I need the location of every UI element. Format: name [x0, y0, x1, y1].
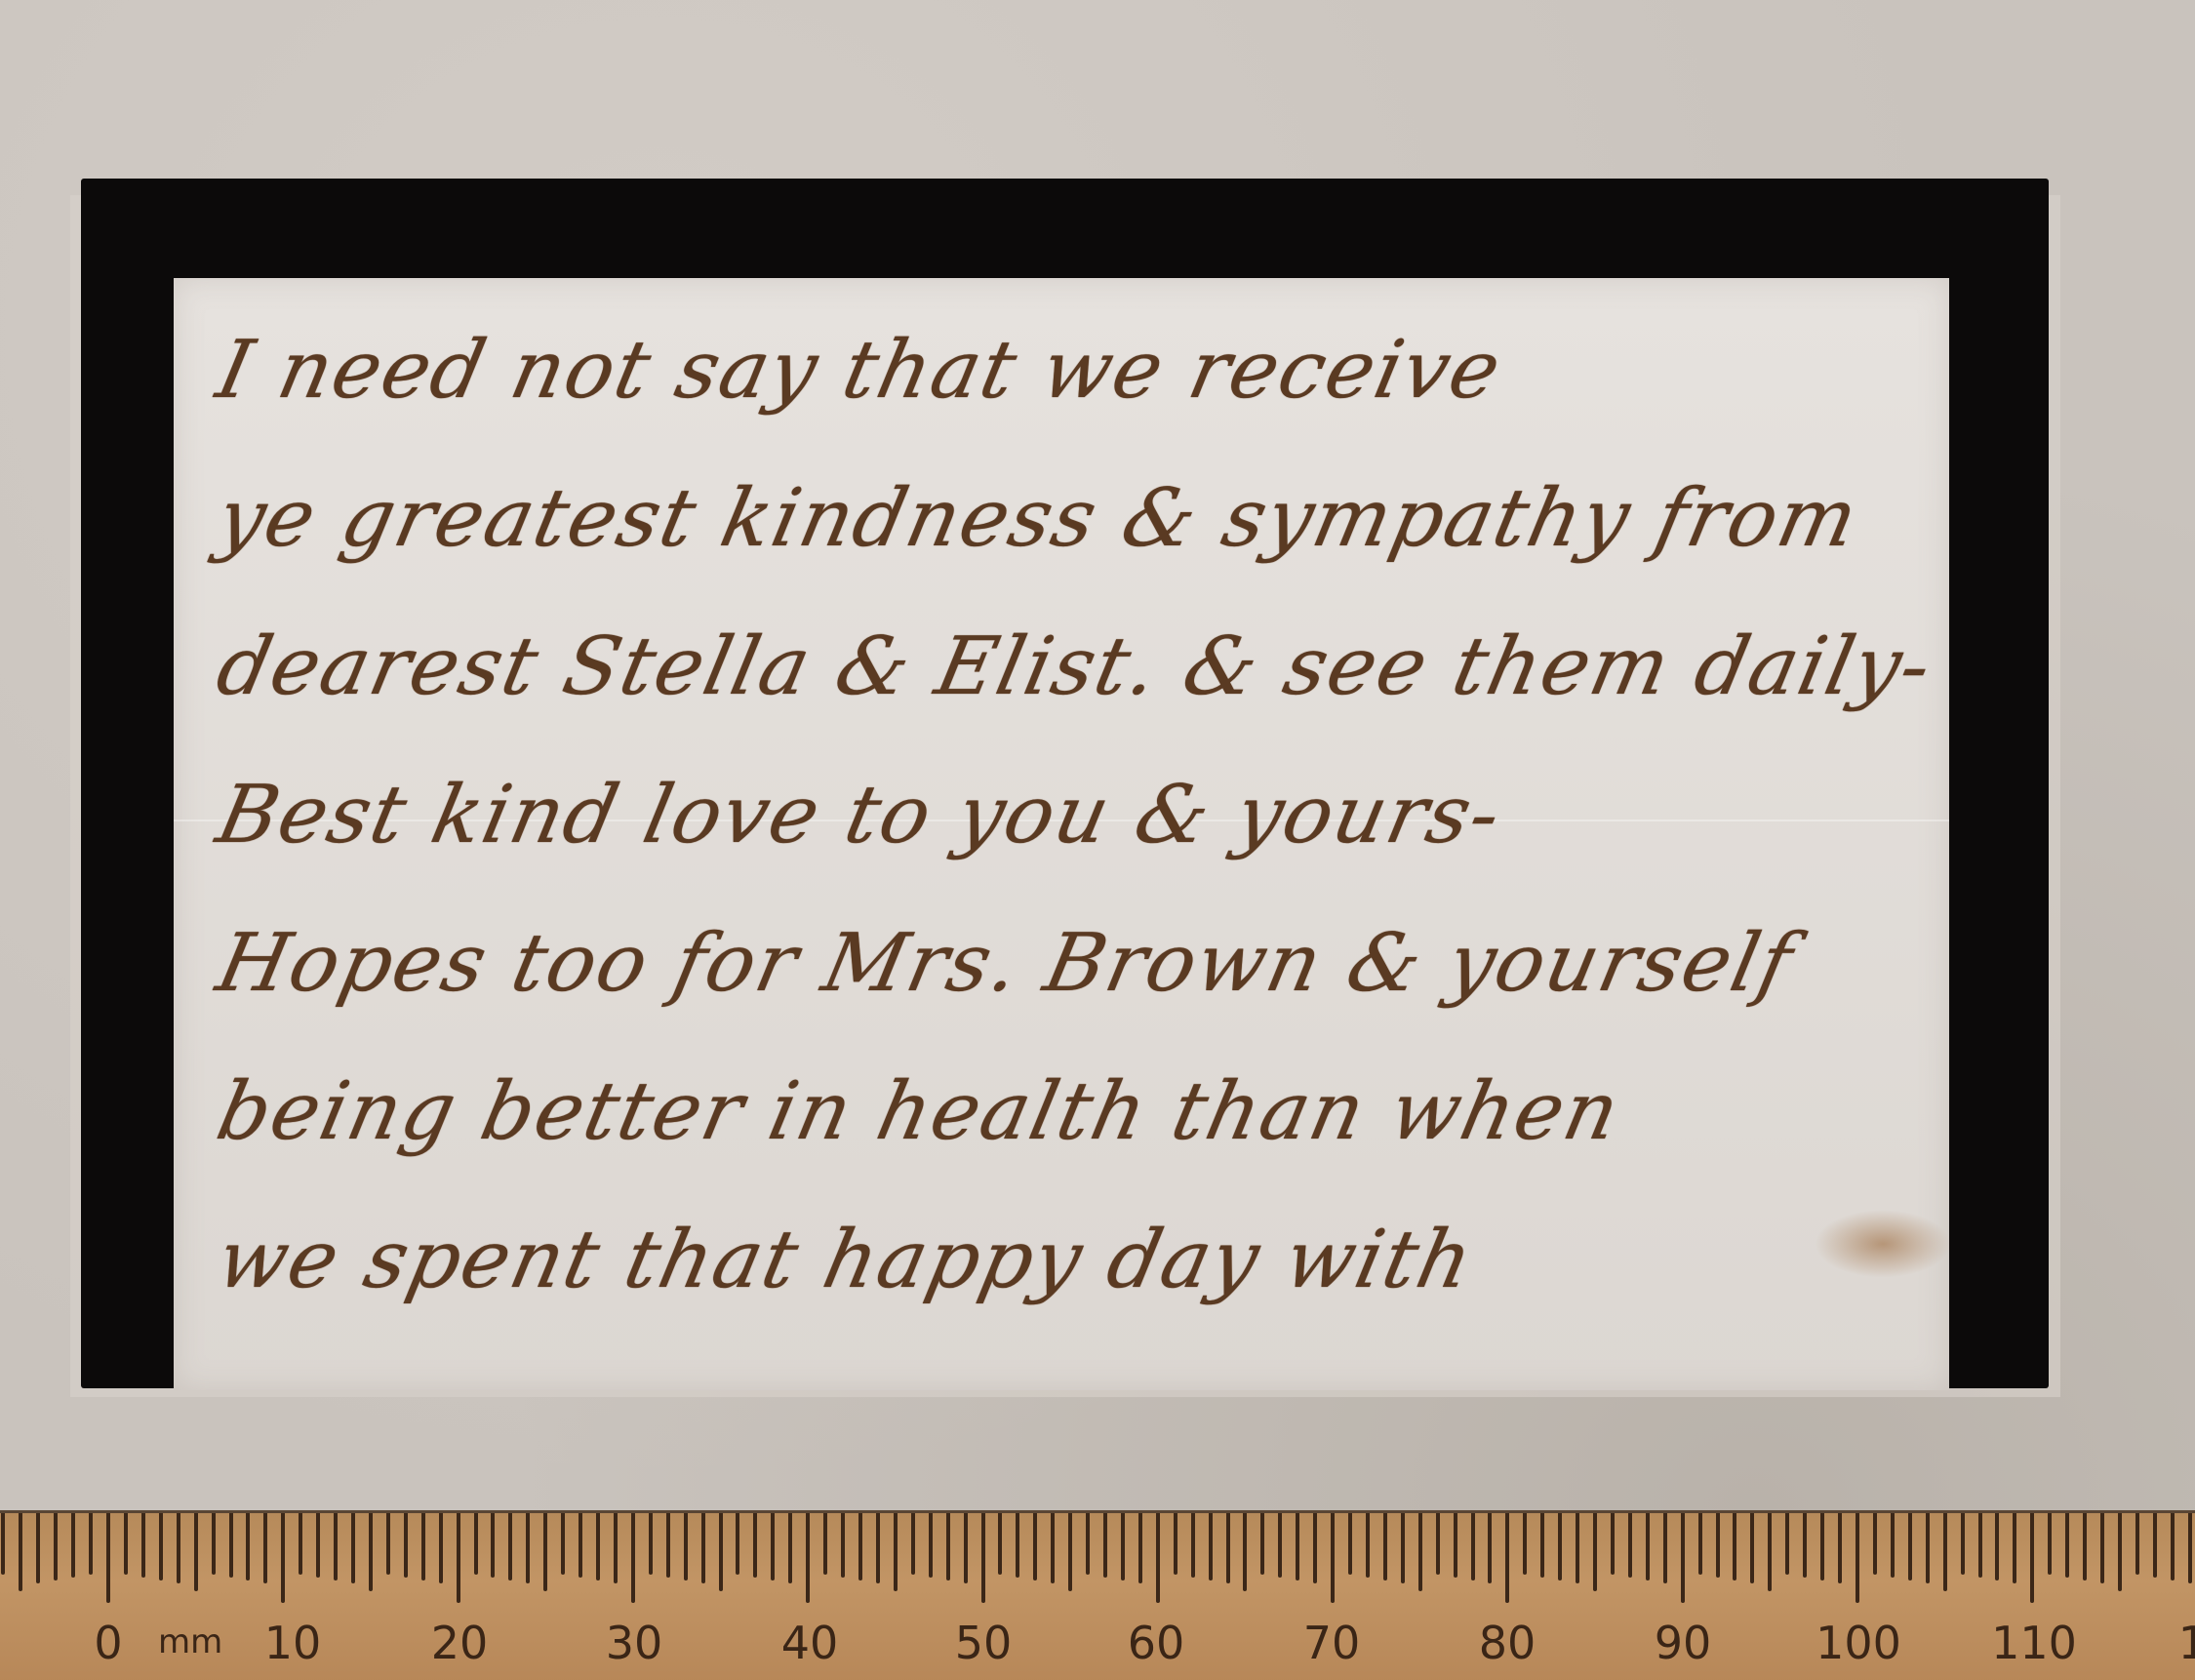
- ruler-tick: [1681, 1513, 1685, 1603]
- ruler-tick: [229, 1513, 233, 1578]
- ruler-tick: [1785, 1513, 1789, 1575]
- ruler-tick: [1418, 1513, 1422, 1591]
- ruler-label-90: 90: [1655, 1617, 1712, 1669]
- ruler-tick: [1331, 1513, 1335, 1603]
- ruler-tick: [1838, 1513, 1842, 1583]
- ruler-tick: [1016, 1513, 1019, 1578]
- ruler-tick: [316, 1513, 320, 1578]
- ruler-tick: [561, 1513, 565, 1575]
- ruler-tick: [1820, 1513, 1824, 1580]
- ruler-tick: [614, 1513, 618, 1583]
- ruler-tick: [1138, 1513, 1142, 1583]
- ruler-tick: [404, 1513, 408, 1578]
- ruler-tick: [334, 1513, 338, 1580]
- ruler-tick: [771, 1513, 775, 1580]
- ruler-tick: [1296, 1513, 1299, 1580]
- ruler-tick: [1313, 1513, 1317, 1583]
- ruler-tick: [981, 1513, 985, 1603]
- ruler-unit-label: mm: [158, 1622, 222, 1661]
- ruler-tick: [1908, 1513, 1912, 1580]
- ruler-tick: [684, 1513, 688, 1580]
- ruler-label-70: 70: [1303, 1617, 1361, 1669]
- ruler-tick: [2118, 1513, 2122, 1591]
- ruler-tick: [281, 1513, 285, 1603]
- ruler-tick: [1103, 1513, 1107, 1578]
- ruler-tick: [2100, 1513, 2104, 1583]
- ruler-tick: [351, 1513, 355, 1583]
- handwritten-text: I need not say that we receive ye greate…: [200, 312, 1936, 1350]
- ruler-tick: [2171, 1513, 2175, 1580]
- ruler-label-0: 0: [94, 1617, 122, 1669]
- ruler-tick: [736, 1513, 739, 1575]
- ruler-tick: [526, 1513, 530, 1583]
- ruler-tick: [1716, 1513, 1720, 1578]
- ruler-tick: [1611, 1513, 1615, 1575]
- ruler-tick: [1978, 1513, 1982, 1578]
- ruler-tick: [2065, 1513, 2069, 1578]
- ruler-tick: [1768, 1513, 1772, 1591]
- ruler-tick: [159, 1513, 163, 1580]
- ruler-tick: [596, 1513, 600, 1580]
- ruler-tick: [1209, 1513, 1213, 1580]
- letter-line-5: Hopes too for Mrs. Brown & yourself: [200, 905, 1968, 1054]
- ruler-tick: [1086, 1513, 1090, 1575]
- ruler-tick: [579, 1513, 582, 1578]
- ruler-tick: [1873, 1513, 1877, 1575]
- ruler-tick: [421, 1513, 425, 1580]
- ruler-tick: [36, 1513, 40, 1583]
- ruler-tick: [1750, 1513, 1754, 1583]
- ruler-tick: [1401, 1513, 1405, 1583]
- ruler-label-50: 50: [955, 1617, 1013, 1669]
- letter-line-4: Best kind love to you & yours-: [200, 757, 1968, 905]
- ruler-tick: [1156, 1513, 1160, 1603]
- ruler-tick: [1943, 1513, 1947, 1591]
- ruler-tick: [929, 1513, 933, 1578]
- ruler-label-110: 110: [1991, 1617, 2077, 1669]
- ruler-tick: [71, 1513, 75, 1578]
- ruler-tick: [911, 1513, 915, 1575]
- ruler-label-120: 12: [2178, 1617, 2195, 1669]
- ruler-tick: [719, 1513, 723, 1591]
- ruler-tick: [19, 1513, 22, 1591]
- ruler-tick: [1803, 1513, 1807, 1578]
- ruler-tick: [1436, 1513, 1440, 1575]
- ruler-tick: [1260, 1513, 1264, 1575]
- ruler-tick: [806, 1513, 810, 1603]
- ruler-tick: [841, 1513, 845, 1578]
- ruler-tick: [1576, 1513, 1579, 1583]
- measuring-ruler: mm 0 10 20 30 40 50 60 70 80 90 100 110 …: [0, 1510, 2195, 1680]
- ruler-tick: [491, 1513, 495, 1578]
- ruler-tick: [2048, 1513, 2052, 1575]
- ruler-tick: [1278, 1513, 1282, 1578]
- ruler-tick: [2030, 1513, 2034, 1603]
- ruler-tick: [876, 1513, 880, 1583]
- ruler-tick: [2153, 1513, 2157, 1578]
- ruler-tick: [263, 1513, 267, 1583]
- ruler-tick: [124, 1513, 128, 1575]
- ruler-tick: [701, 1513, 705, 1583]
- ruler-label-40: 40: [781, 1617, 839, 1669]
- ruler-tick: [1523, 1513, 1527, 1575]
- ruler-tick: [1733, 1513, 1736, 1580]
- ruler-tick: [1471, 1513, 1475, 1580]
- ruler-label-100: 100: [1816, 1617, 1901, 1669]
- ruler-tick: [1891, 1513, 1895, 1578]
- ruler-tick: [1226, 1513, 1230, 1583]
- ruler-label-60: 60: [1128, 1617, 1185, 1669]
- ruler-tick: [89, 1513, 93, 1575]
- ruler-tick: [386, 1513, 390, 1575]
- ruler-tick: [299, 1513, 302, 1575]
- ruler-tick: [508, 1513, 512, 1580]
- ruler-tick: [1348, 1513, 1352, 1575]
- letter-line-2: ye greatest kindness & sympathy from: [200, 460, 1968, 609]
- ruler-tick: [1961, 1513, 1965, 1575]
- ruler-tick: [1505, 1513, 1509, 1603]
- ruler-tick: [858, 1513, 862, 1580]
- letter-line-3: dearest Stella & Elist. & see them daily…: [200, 609, 1968, 757]
- ruler-tick: [1383, 1513, 1387, 1580]
- ruler-tick: [212, 1513, 216, 1575]
- ruler-label-20: 20: [431, 1617, 489, 1669]
- ruler-tick: [1856, 1513, 1859, 1603]
- ruler-tick: [369, 1513, 373, 1591]
- ruler-tick: [1558, 1513, 1562, 1580]
- ruler-label-10: 10: [264, 1617, 322, 1669]
- ruler-tick: [1, 1513, 5, 1575]
- ruler-tick: [2083, 1513, 2087, 1580]
- ruler-tick: [1995, 1513, 1999, 1580]
- ruler-tick: [946, 1513, 950, 1580]
- ruler-tick: [1051, 1513, 1055, 1583]
- ruler-tick: [439, 1513, 443, 1583]
- ruler-tick: [2135, 1513, 2139, 1575]
- ruler-tick: [141, 1513, 145, 1578]
- ruler-tick: [1663, 1513, 1667, 1583]
- ruler-tick: [1593, 1513, 1597, 1591]
- ruler-tick: [1926, 1513, 1930, 1583]
- ruler-tick: [964, 1513, 968, 1583]
- ruler-tick: [1454, 1513, 1457, 1578]
- ruler-tick: [1191, 1513, 1195, 1578]
- ruler-tick: [1698, 1513, 1702, 1575]
- ruler-tick: [1174, 1513, 1177, 1575]
- ruler-label-80: 80: [1479, 1617, 1536, 1669]
- ruler-label-30: 30: [606, 1617, 663, 1669]
- ruler-tick: [1488, 1513, 1492, 1583]
- ruler-tick: [2188, 1513, 2192, 1583]
- ruler-tick: [106, 1513, 110, 1603]
- ruler-tick: [474, 1513, 478, 1575]
- ruler-tick: [753, 1513, 757, 1578]
- ruler-tick: [1243, 1513, 1247, 1591]
- ruler-tick: [1628, 1513, 1632, 1578]
- letter-line-1: I need not say that we receive: [200, 312, 1968, 460]
- ruler-tick: [246, 1513, 250, 1580]
- ruler-tick: [649, 1513, 653, 1575]
- ruler-tick: [1033, 1513, 1037, 1580]
- mount-board: I need not say that we receive ye greate…: [0, 0, 2195, 1510]
- letter-line-6: being better in health than when: [200, 1054, 1968, 1202]
- ruler-tick: [54, 1513, 58, 1580]
- ruler-tick: [2013, 1513, 2016, 1583]
- ruler-ticks: [0, 1513, 2195, 1611]
- ruler-tick: [823, 1513, 827, 1575]
- ruler-tick: [788, 1513, 792, 1583]
- ruler-tick: [1646, 1513, 1650, 1580]
- ruler-tick: [998, 1513, 1002, 1575]
- ruler-tick: [457, 1513, 460, 1603]
- ruler-tick: [1068, 1513, 1072, 1591]
- ruler-tick: [1121, 1513, 1125, 1580]
- ruler-tick: [666, 1513, 670, 1578]
- ruler-tick: [177, 1513, 180, 1583]
- ruler-tick: [1366, 1513, 1370, 1578]
- ruler-tick: [543, 1513, 547, 1591]
- ruler-tick: [631, 1513, 635, 1603]
- ruler-tick: [194, 1513, 198, 1591]
- ruler-tick: [894, 1513, 898, 1591]
- letter-line-7: we spent that happy day with: [200, 1202, 1968, 1350]
- ruler-tick: [1540, 1513, 1544, 1578]
